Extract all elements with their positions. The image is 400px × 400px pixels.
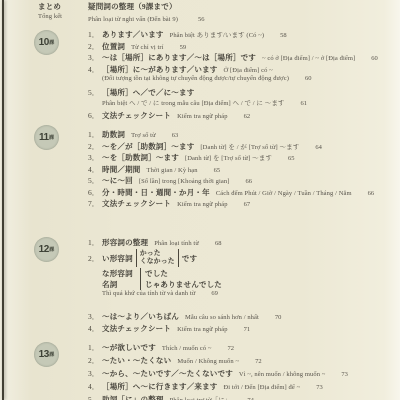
item-jp: ～を［助数詞］～ます [102, 152, 179, 163]
toc-item: 1． ～が欲しいです Thích / muốn có ~ 72 [88, 342, 398, 355]
item-vn: Phân loại tính từ [154, 240, 199, 247]
item-jp: 助詞「に」の整理 [102, 394, 164, 400]
summary-title: 疑問詞の整理（9課まで） Phân loại từ nghi vấn (Đến … [88, 2, 205, 22]
lesson-12-badge: 12課 [34, 237, 59, 262]
lesson-number: 10 [39, 37, 49, 48]
toc-item: 2． ～を／が［助数詞］～ます [Danh từ] を / が [Trợ số … [88, 141, 398, 153]
item-sub-vn: Phân biệt へ / で / に trong mẫu câu [Địa đ… [102, 98, 285, 107]
item-page: 67 [244, 201, 251, 208]
item-number: 1． [88, 342, 102, 353]
lesson-11-items: 1． 助数詞 Trợ số từ 63 2． ～を／が［助数詞］～ます [Dan… [88, 129, 398, 210]
page-spine-edge [2, 0, 4, 400]
item-vn: Phân loại trợ từ「に」 [170, 395, 232, 400]
item-vn: Kiểm tra ngữ pháp [177, 326, 228, 333]
scanned-toc-page: まとめ Tổng kết 疑問詞の整理（9課まで） Phân loại từ n… [0, 0, 400, 400]
item-page: 60 [305, 75, 312, 82]
item-jp: 形容詞の整理 [102, 237, 148, 248]
item-jp: ［場所］に～があります／います [102, 64, 218, 75]
toc-item: 3． ～から、～たいです／～たくないです Vì ~, nên muốn / kh… [88, 368, 398, 381]
item-jp: あります／います [102, 29, 164, 40]
item-jp: ～は［場所］にあります／～は［場所］です [102, 52, 256, 63]
item-jp: ～は～より／いちばん [102, 311, 179, 322]
summary-label-vn: Tổng kết [38, 12, 62, 22]
item-vn: [Danh từ] を / が [Trợ số từ] ～ます [200, 142, 299, 151]
toc-item: 2． 位置詞 Từ chỉ vị trí 59 [88, 41, 398, 53]
item-page: 65 [214, 167, 221, 174]
item-number: 3． [88, 311, 102, 322]
item-jp: ～を／が［助数詞］～ます [102, 141, 194, 152]
toc-item-subline: (Đối tượng tồn tại không tự chuyển động … [88, 75, 398, 87]
item-number: 7． [88, 198, 102, 209]
item-sub-vn: (Đối tượng tồn tại không tự chuyển động … [102, 75, 289, 82]
toc-item-subline: Thì quá khứ của tính từ và danh từ 69 [88, 290, 398, 302]
conjugation-bracket: かった くなかった [136, 249, 179, 267]
summary-title-vn: Phân loại từ nghi vấn (Đến bài 9) [88, 16, 178, 23]
lesson-10-badge: 10課 [34, 30, 59, 55]
item-jp: ～に～回 [102, 175, 133, 186]
toc-item-past-tense-i-adjective: 2． い形容詞 かった くなかった です [88, 249, 398, 268]
item-page: 73 [341, 371, 348, 378]
item-jp: 助数詞 [102, 129, 125, 140]
noun-form: じゃありませんでした [140, 279, 222, 290]
item-number: 3． [88, 368, 102, 379]
toc-item: 7． 文法チェックシート Kiểm tra ngữ pháp 67 [88, 198, 398, 210]
bracket-suffix: です [182, 253, 197, 264]
item-number: 6． [88, 187, 102, 198]
item-jp: ［場所］へ／で／に～ます [102, 87, 194, 98]
item-page: 59 [180, 44, 187, 51]
toc-item: 4． ［場所］へ～に行きます／来ます Đi tới / Đến [Địa điể… [88, 381, 398, 394]
item-number: 2． [88, 141, 102, 152]
lesson-number: 12 [39, 244, 49, 255]
toc-item: 5． ～に～回 [Số lần] trong [Khoảng thời gian… [88, 175, 398, 187]
item-page: 70 [275, 314, 282, 321]
toc-item-past-tense-noun: 名詞 じゃありませんでした [88, 279, 398, 290]
item-jp: 時間／期間 [102, 164, 141, 175]
item-number: 5． [88, 394, 102, 400]
item-jp: ～たい・～たくない [102, 355, 171, 366]
item-number: 1． [88, 129, 102, 140]
item-vn: Vì ~, nên muốn / không muốn ~ [239, 371, 326, 378]
item-page: 64 [315, 144, 322, 151]
i-adjective-label: い形容詞 [102, 253, 133, 264]
lesson-number: 11 [39, 132, 49, 143]
na-adjective-form: でした [140, 268, 168, 279]
item-number: 4． [88, 64, 102, 75]
item-page: 61 [301, 100, 308, 107]
toc-item-past-tense-na-adjective: な形容詞 でした [88, 268, 398, 279]
item-vn: [Số lần] trong [Khoảng thời gian] [139, 178, 230, 185]
toc-item: 6． 分・時間・日・週間・か月・年 Cách đếm Phút / Giờ / … [88, 187, 398, 199]
item-vn: Kiểm tra ngữ pháp [177, 201, 228, 208]
item-number: 4． [88, 323, 102, 334]
item-number: 5． [88, 175, 102, 186]
item-vn: Từ chỉ vị trí [131, 44, 163, 51]
lesson-suffix: 課 [49, 134, 54, 141]
item-vn: Cách đếm Phút / Giờ / Ngày / Tuần / Thán… [216, 190, 352, 197]
item-number: 4． [88, 164, 102, 175]
toc-item: 3． ～を［助数詞］～ます [Danh từ] を [Trợ số từ] ～ま… [88, 152, 398, 164]
item-number: 4． [88, 381, 102, 392]
item-page: 73 [316, 384, 323, 391]
item-jp: 分・時間・日・週間・か月・年 [102, 187, 210, 198]
item-page: 65 [288, 155, 295, 162]
item-page: 62 [244, 113, 251, 120]
toc-item: 3． ～は～より／いちばん Mẫu câu so sánh hơn / nhất… [88, 311, 398, 323]
item-page: 68 [215, 240, 222, 247]
item-page: 60 [371, 55, 378, 62]
toc-item: 5． ［場所］へ／で／に～ます [88, 87, 398, 99]
lesson-10-items: 1． あります／います Phân biệt あります/います (Có ~) 58… [88, 29, 398, 121]
summary-label-jp: まとめ [38, 2, 62, 12]
toc-item: 4． 時間／期間 Thời gian / Kỳ hạn 65 [88, 164, 398, 176]
item-page: 71 [244, 326, 251, 333]
toc-item: 1． 助数詞 Trợ số từ 63 [88, 129, 398, 141]
item-number: 3． [88, 52, 102, 63]
item-page: 66 [368, 190, 375, 197]
item-number: 1． [88, 29, 102, 40]
lesson-13-items: 1． ～が欲しいです Thích / muốn có ~ 72 2． ～たい・～… [88, 342, 398, 400]
item-vn: Thời gian / Kỳ hạn [147, 167, 198, 174]
toc-item: 1． あります／います Phân biệt あります/います (Có ~) 58 [88, 29, 398, 41]
item-number: 6． [88, 110, 102, 121]
summary-label: まとめ Tổng kết [38, 2, 62, 22]
item-vn: Trợ số từ [131, 132, 156, 139]
item-jp: 文法チェックシート [102, 323, 171, 334]
item-number: 5． [88, 87, 102, 98]
lesson-suffix: 課 [49, 351, 54, 358]
item-number: 2． [88, 41, 102, 52]
item-vn: Muốn / Không muốn ~ [177, 358, 239, 365]
item-sub-vn: Thì quá khứ của tính từ và danh từ [102, 290, 195, 297]
noun-label: 名詞 [102, 279, 140, 290]
item-jp: ［場所］へ～に行きます／来ます [102, 381, 218, 392]
bracket-option-2: くなかった [140, 258, 175, 266]
lesson-12-items: 1． 形容詞の整理 Phân loại tính từ 68 2． い形容詞 か… [88, 237, 398, 334]
toc-item: 1． 形容詞の整理 Phân loại tính từ 68 [88, 237, 398, 249]
item-jp: ～が欲しいです [102, 342, 156, 353]
item-number: 1． [88, 237, 102, 248]
item-vn: Kiểm tra ngữ pháp [177, 113, 228, 120]
toc-item: 2． ～たい・～たくない Muốn / Không muốn ~ 72 [88, 355, 398, 368]
lesson-suffix: 課 [49, 39, 54, 46]
summary-page-number: 56 [198, 16, 205, 23]
toc-item: 6． 文法チェックシート Kiểm tra ngữ pháp 62 [88, 110, 398, 122]
item-number: 2． [88, 355, 102, 366]
lesson-suffix: 課 [49, 246, 54, 253]
item-vn: ~ có ở [Địa điểm] / ~ ở [Địa điểm] [262, 55, 355, 62]
toc-item: 5． 助詞「に」の整理 Phân loại trợ từ「に」 74 [88, 394, 398, 400]
bracket-option-1: かった [140, 250, 175, 258]
lesson-11-badge: 11課 [34, 125, 59, 150]
item-page: 69 [211, 290, 218, 297]
toc-item: 4． ［場所］に～があります／います Ở [Địa điểm] có ~ [88, 64, 398, 76]
item-number: 2． [88, 253, 102, 264]
item-page: 72 [228, 345, 235, 352]
item-number: 3． [88, 152, 102, 163]
item-vn: Ở [Địa điểm] có ~ [224, 67, 273, 74]
na-adjective-label: な形容詞 [102, 268, 140, 279]
item-page: 63 [172, 132, 179, 139]
item-vn: Đi tới / Đến [Địa điểm] để ~ [224, 384, 301, 391]
lesson-13-badge: 13課 [34, 342, 59, 367]
item-jp: 位置詞 [102, 41, 125, 52]
item-page: 72 [255, 358, 262, 365]
toc-item: 3． ～は［場所］にあります／～は［場所］です ~ có ở [Địa điểm… [88, 52, 398, 64]
toc-item-subline: Phân biệt へ / で / に trong mẫu câu [Địa đ… [88, 98, 398, 110]
item-vn: Phân biệt あります/います (Có ~) [170, 30, 264, 39]
item-vn: Thích / muốn có ~ [162, 345, 212, 352]
item-jp: 文法チェックシート [102, 110, 171, 121]
summary-title-jp: 疑問詞の整理（9課まで） [88, 2, 205, 12]
item-page: 58 [280, 32, 287, 39]
item-jp: 文法チェックシート [102, 198, 171, 209]
item-vn: Mẫu câu so sánh hơn / nhất [185, 314, 259, 321]
lesson-number: 13 [39, 349, 49, 360]
item-page: 66 [246, 178, 253, 185]
item-jp: ～から、～たいです／～たくないです [102, 368, 233, 379]
toc-item: 4． 文法チェックシート Kiểm tra ngữ pháp 71 [88, 323, 398, 335]
item-vn: [Danh từ] を [Trợ số từ] ～ます [185, 153, 272, 162]
